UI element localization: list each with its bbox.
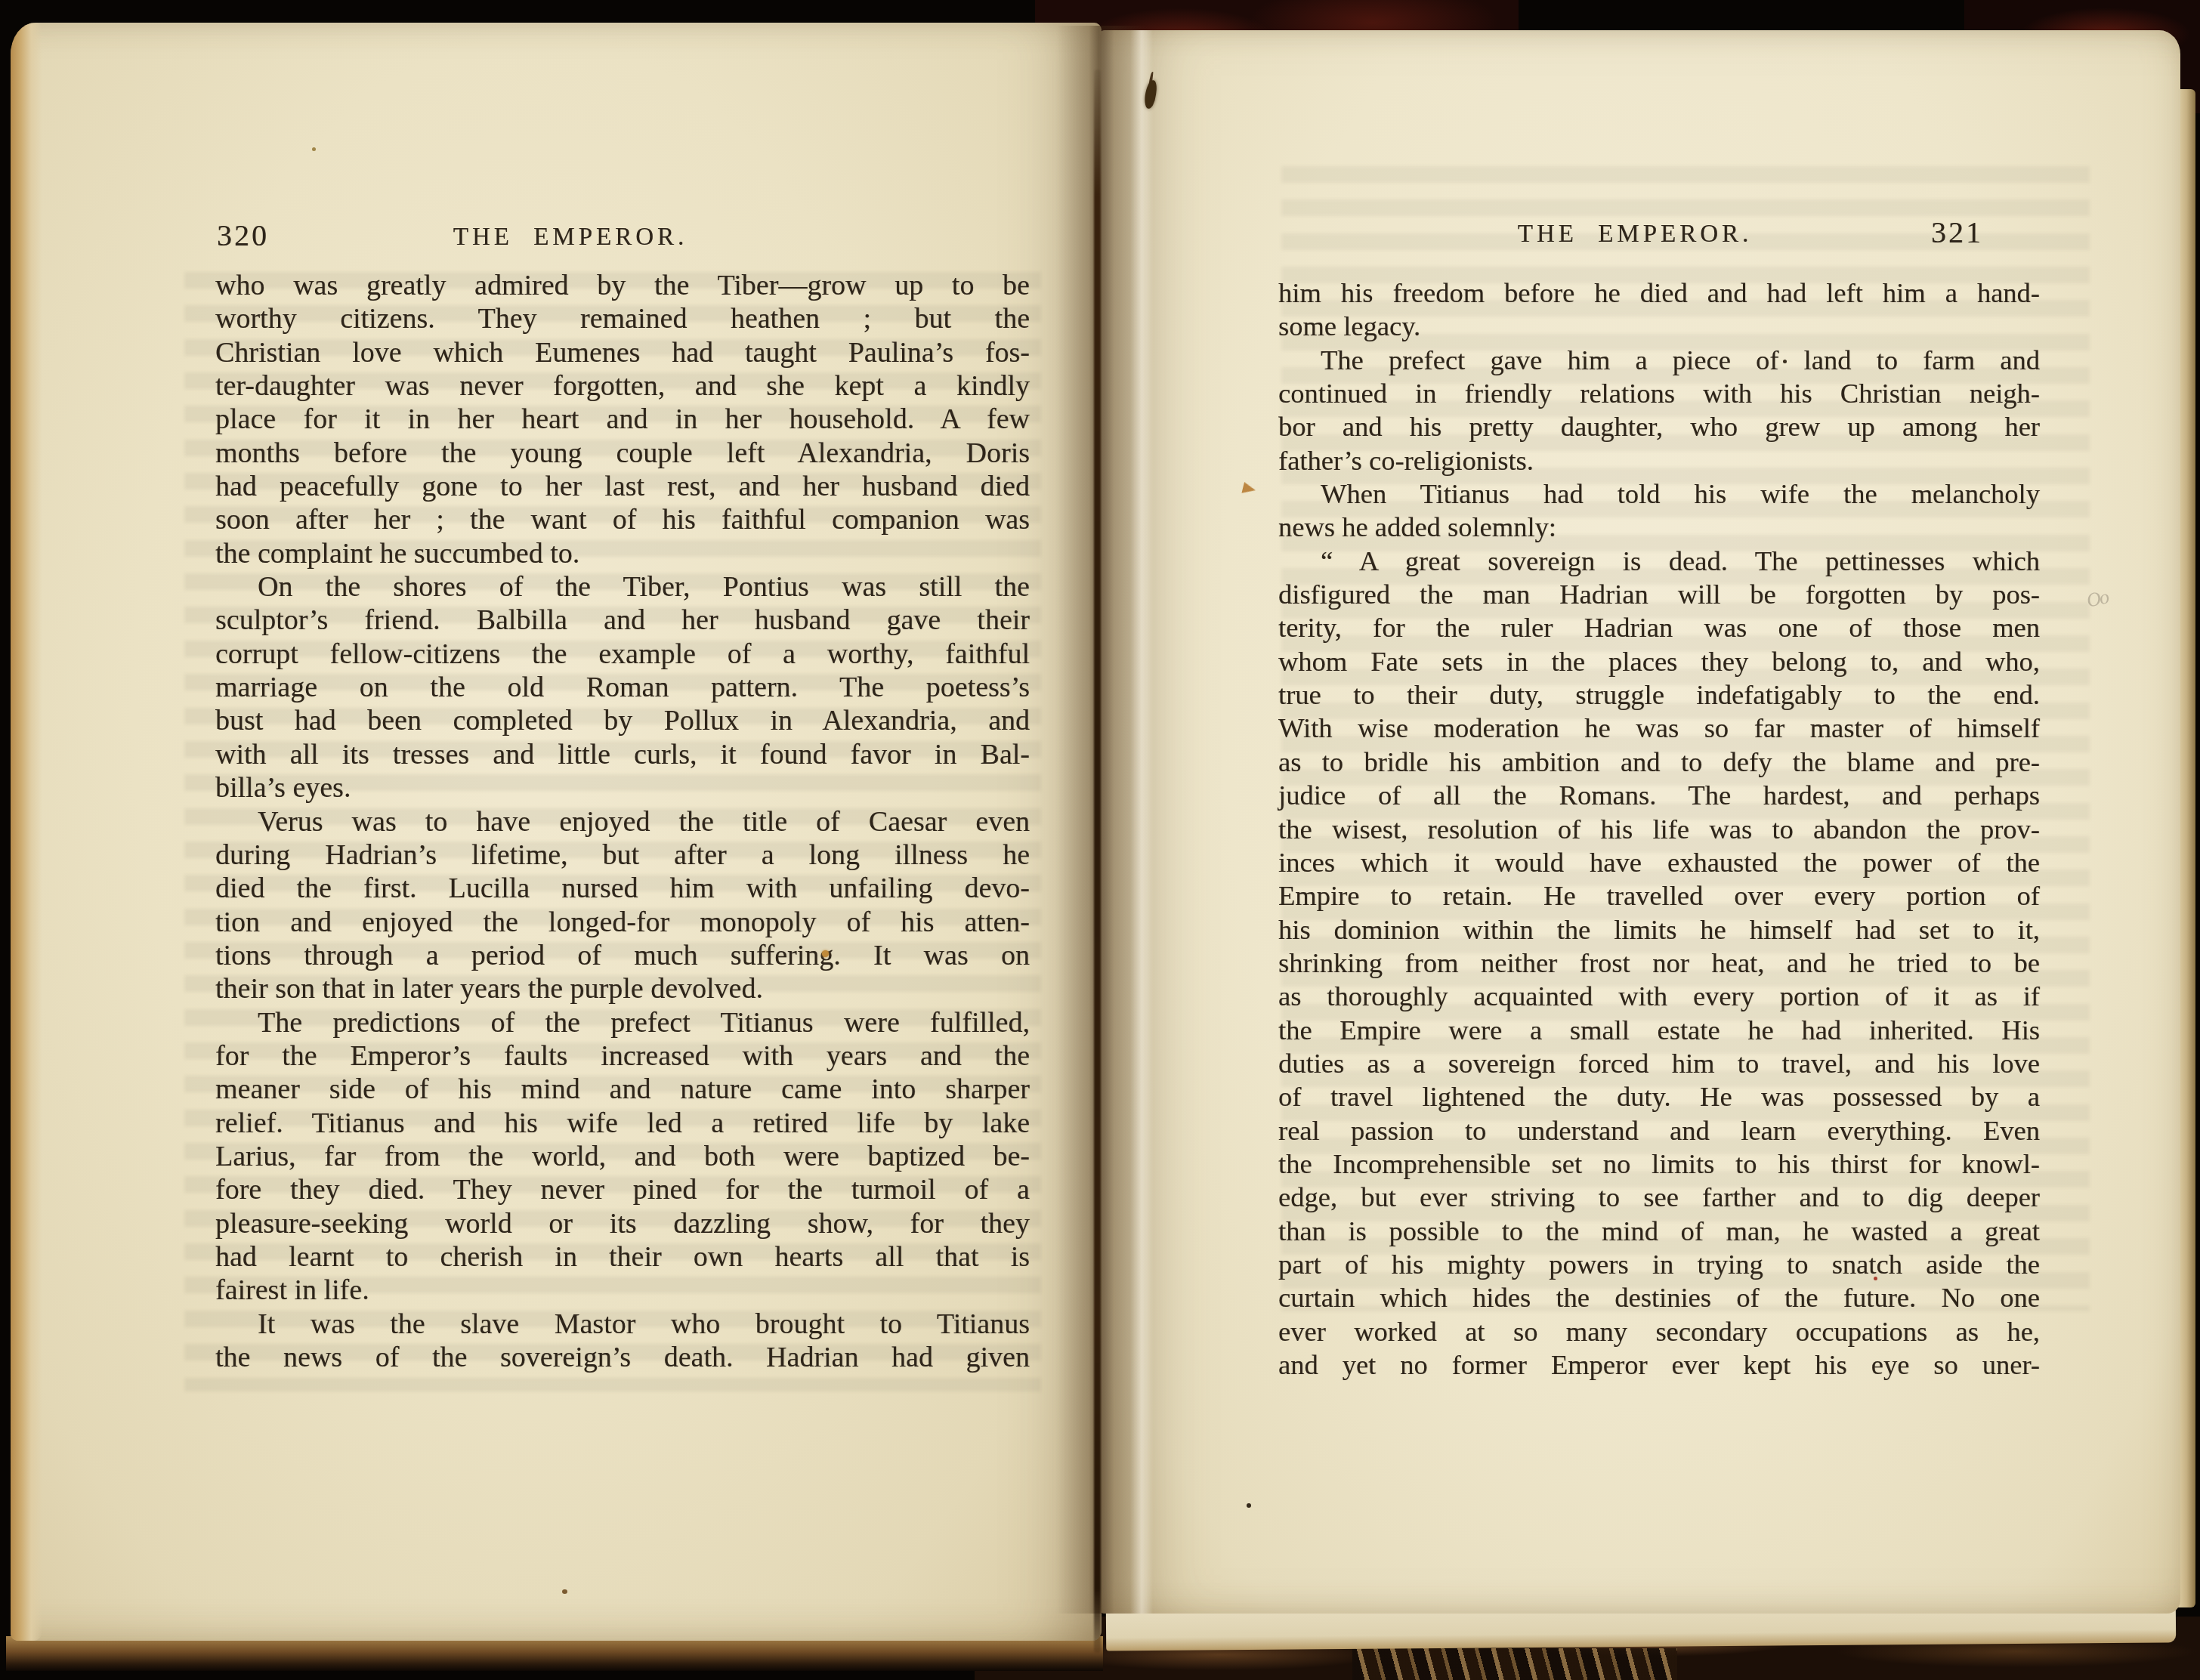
paper-speck <box>312 147 316 151</box>
paper-speck <box>1783 360 1787 363</box>
running-title-left: THE EMPEROR. <box>215 224 925 252</box>
text-line: the Incomprehensible set no limits to hi… <box>1278 1147 2040 1181</box>
paper-speck <box>1247 1503 1251 1508</box>
text-line: had peacefully gone to her last rest, an… <box>215 470 1030 503</box>
paper-speck <box>1874 1277 1877 1280</box>
text-line: worthy citizens. They remained heathen ;… <box>215 302 1030 335</box>
text-line: some legacy. <box>1278 310 2040 343</box>
page-text-left: who was greatly admired by the Tiber—gro… <box>215 269 1030 1374</box>
paragraph: who was greatly admired by the Tiber—gro… <box>215 269 1030 570</box>
text-line: sculptor’s friend. Balbilla and her husb… <box>215 604 1030 637</box>
text-line: The predictions of the prefect Titianus … <box>215 1006 1030 1039</box>
text-line: It was the slave Mastor who brought to T… <box>215 1308 1030 1341</box>
paragraph: The prefect gave him a piece of land to … <box>1278 344 2040 477</box>
text-line: him his freedom before he died and had l… <box>1278 276 2040 310</box>
text-line: his dominion within the limits he himsel… <box>1278 913 2040 947</box>
text-line: real passion to understand and learn eve… <box>1278 1114 2040 1147</box>
open-book-scan: 320 THE EMPEROR. who was greatly admired… <box>0 0 2200 1680</box>
text-line: whom Fate sets in the places they belong… <box>1278 645 2040 678</box>
text-line: meaner side of his mind and nature came … <box>215 1073 1030 1106</box>
text-line: the wisest, resolution of his life was t… <box>1278 813 2040 846</box>
text-line: true to their duty, struggle indefatigab… <box>1278 678 2040 712</box>
text-line: months before the young couple left Alex… <box>215 437 1030 470</box>
text-line: their son that in later years the purple… <box>215 972 1030 1005</box>
text-line: who was greatly admired by the Tiber—gro… <box>215 269 1030 302</box>
text-line: tion and enjoyed the longed-for monopoly… <box>215 906 1030 939</box>
text-line: died the first. Lucilla nursed him with … <box>215 872 1030 905</box>
text-line: marriage on the old Roman pattern. The p… <box>215 671 1030 704</box>
text-line: shrinking from neither frost nor heat, a… <box>1278 947 2040 980</box>
paragraph: When Titianus had told his wife the mela… <box>1278 477 2040 545</box>
text-line: pleasure-seeking world or its dazzling s… <box>215 1207 1030 1240</box>
text-line: edge, but ever striving to see farther a… <box>1278 1181 2040 1214</box>
text-line: terity, for the ruler Hadrian was one of… <box>1278 611 2040 644</box>
paragraph: Verus was to have enjoyed the title of C… <box>215 805 1030 1006</box>
text-line: had learnt to cherish in their own heart… <box>215 1240 1030 1274</box>
paragraph: On the shores of the Tiber, Pontius was … <box>215 570 1030 804</box>
text-line: On the shores of the Tiber, Pontius was … <box>215 570 1030 604</box>
marbled-cover-pattern <box>1352 1648 1677 1680</box>
text-line: When Titianus had told his wife the mela… <box>1278 477 2040 511</box>
text-line: part of his mighty powers in trying to s… <box>1278 1248 2040 1281</box>
text-line: bust had been completed by Pollux in Ale… <box>215 704 1030 737</box>
paragraph: him his freedom before he died and had l… <box>1278 276 2040 344</box>
text-line: The prefect gave him a piece of land to … <box>1278 344 2040 377</box>
text-line: relief. Titianus and his wife led a reti… <box>215 1107 1030 1140</box>
text-line: tions through a period of much suffering… <box>215 939 1030 972</box>
text-line: the Empire were a small estate he had in… <box>1278 1014 2040 1047</box>
paper-speck <box>562 1589 567 1594</box>
text-line: bor and his pretty daughter, who grew up… <box>1278 410 2040 443</box>
text-line: than is possible to the mind of man, he … <box>1278 1215 2040 1248</box>
text-line: with all its tresses and little curls, i… <box>215 738 1030 771</box>
text-line: duties as a sovereign forced him to trav… <box>1278 1047 2040 1080</box>
text-line: the news of the sovereign’s death. Hadri… <box>215 1341 1030 1374</box>
text-line: and yet no former Emperor ever kept his … <box>1278 1348 2040 1382</box>
text-line: ever worked at so many secondary occupat… <box>1278 1315 2040 1348</box>
pencil-squiggle: Oo <box>2084 585 2109 612</box>
running-title-right: THE EMPEROR. <box>1278 221 1991 249</box>
text-line: inces which it would have exhausted the … <box>1278 846 2040 879</box>
text-line: disfigured the man Hadrian will be forgo… <box>1278 578 2040 611</box>
text-line: curtain which hides the destinies of the… <box>1278 1281 2040 1314</box>
text-line: judice of all the Romans. The hardest, a… <box>1278 779 2040 812</box>
text-line: With wise moderation he was so far maste… <box>1278 712 2040 745</box>
text-line: fairest in life. <box>215 1274 1030 1307</box>
text-line: billa’s eyes. <box>215 771 1030 804</box>
text-line: place for it in her heart and in her hou… <box>215 403 1030 436</box>
text-line: fore they died. They never pined for the… <box>215 1173 1030 1206</box>
gutter-crack <box>1094 69 1101 1653</box>
text-line: “ A great sovereign is dead. The pettine… <box>1278 545 2040 578</box>
text-line: news he added solemnly: <box>1278 511 2040 544</box>
paper-speck <box>822 950 829 957</box>
text-line: for the Emperor’s faults increased with … <box>215 1039 1030 1073</box>
paragraph: It was the slave Mastor who brought to T… <box>215 1308 1030 1375</box>
paragraph: “ A great sovereign is dead. The pettine… <box>1278 545 2040 1382</box>
text-line: Christian love which Eumenes had taught … <box>215 336 1030 369</box>
text-line: continued in friendly relations with his… <box>1278 377 2040 410</box>
text-line: as to bridle his ambition and to defy th… <box>1278 746 2040 779</box>
text-line: the complaint he succumbed to. <box>215 537 1030 570</box>
page-block-bottom-edge <box>6 1636 1103 1671</box>
paragraph: The predictions of the prefect Titianus … <box>215 1006 1030 1308</box>
text-line: soon after her ; the want of his faithfu… <box>215 503 1030 536</box>
text-line: ter-daughter was never forgotten, and sh… <box>215 369 1030 403</box>
text-line: Empire to retain. He travelled over ever… <box>1278 879 2040 913</box>
text-line: as thoroughly acquainted with every port… <box>1278 980 2040 1013</box>
text-line: father’s co-religionists. <box>1278 444 2040 477</box>
text-line: Larius, far from the world, and both wer… <box>215 1140 1030 1173</box>
page-text-right: him his freedom before he died and had l… <box>1278 276 2040 1382</box>
text-line: Verus was to have enjoyed the title of C… <box>215 805 1030 838</box>
text-line: during Hadrian’s lifetime, but after a l… <box>215 838 1030 872</box>
page-number-right: 321 <box>1931 215 1983 250</box>
text-line: corrupt fellow-citizens the example of a… <box>215 638 1030 671</box>
text-line: of travel lightened the duty. He was pos… <box>1278 1080 2040 1113</box>
